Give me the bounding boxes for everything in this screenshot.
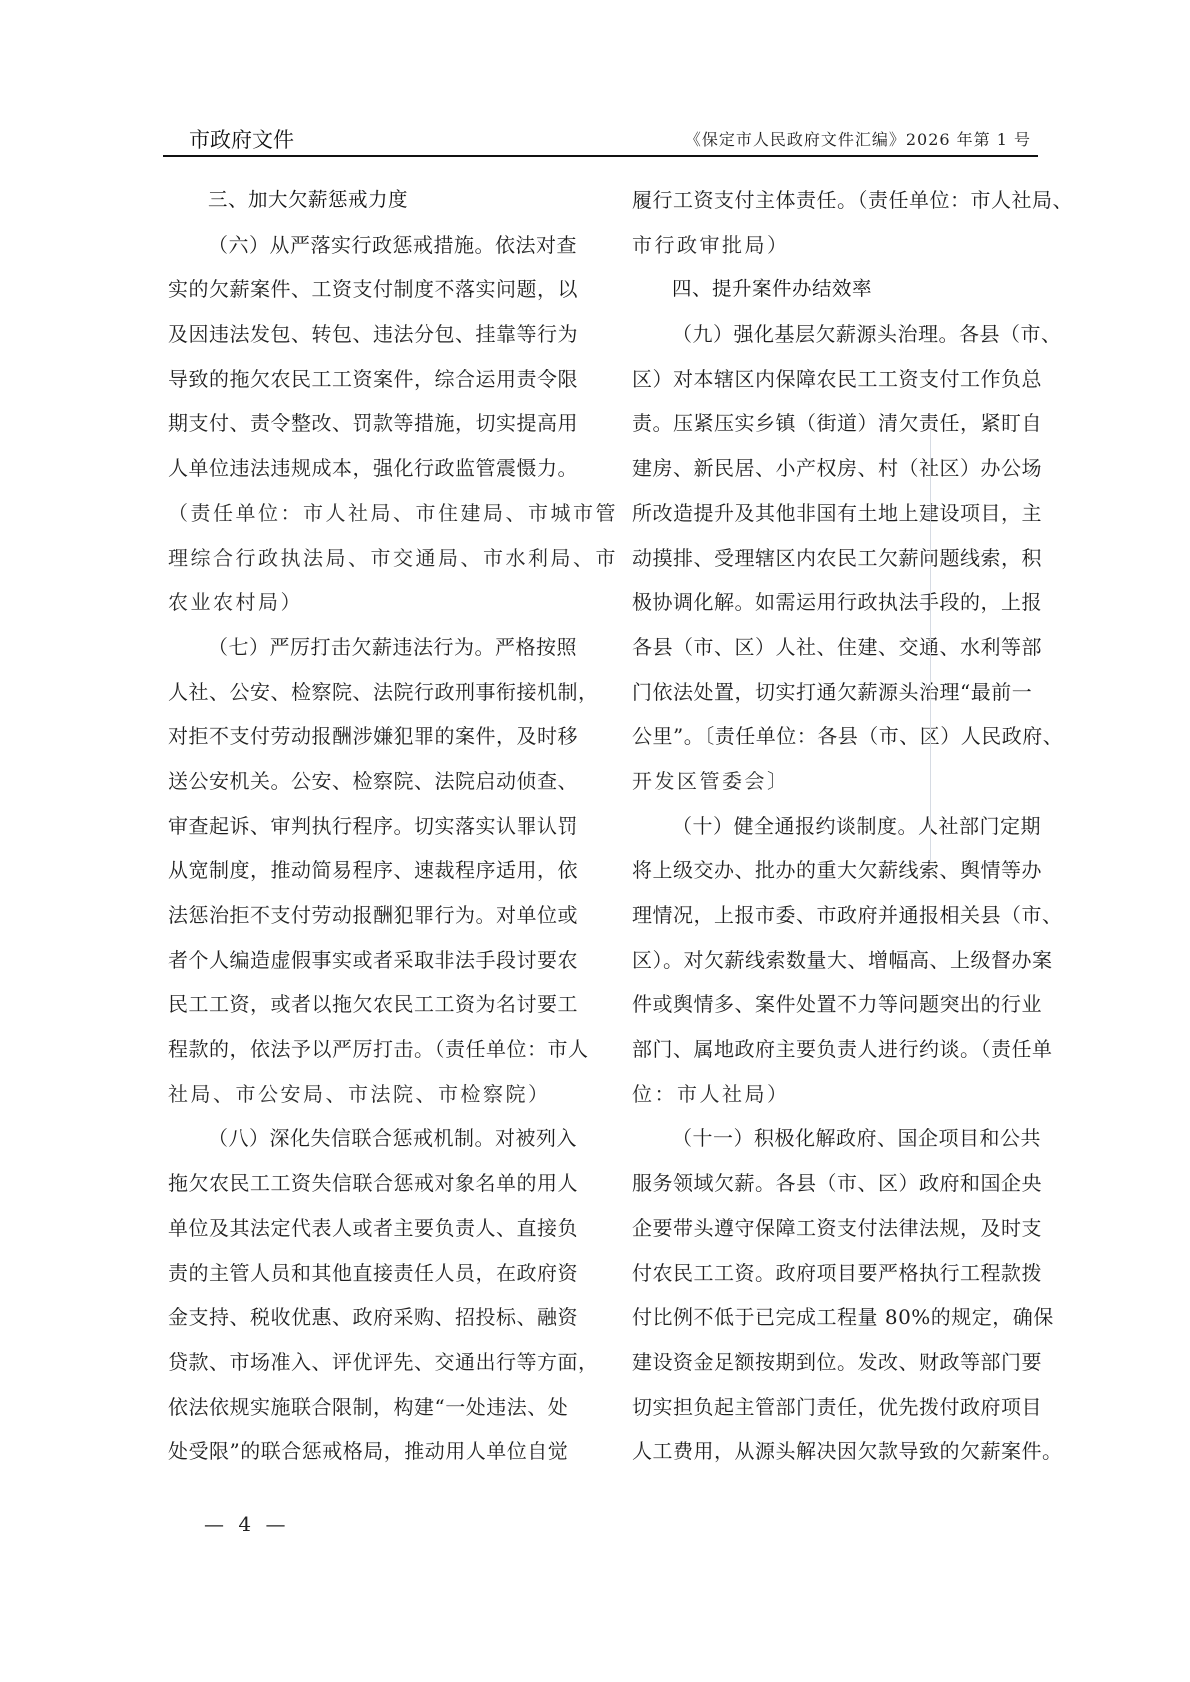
text-line: 区）对本辖区内保障农民工工资支付工作负总 [632, 357, 1047, 402]
header-section-title: 市政府文件 [189, 124, 294, 154]
text-line: 人工费用，从源头解决因欠款导致的欠薪案件。 [632, 1429, 1047, 1474]
text-line: 期支付、责令整改、罚款等措施，切实提高用 [168, 401, 583, 446]
page-number: — 4 — [204, 1512, 289, 1536]
text-line: 程款的，依法予以严厉打击。（责任单位：市人 [168, 1027, 583, 1072]
text-line: 依法依规实施联合限制，构建“一处违法、处 [168, 1385, 583, 1430]
text-line: 拖欠农民工工资失信联合惩戒对象名单的用人 [168, 1161, 583, 1206]
text-line: 极协调化解。如需运用行政执法手段的，上报 [632, 580, 1047, 625]
text-line: 服务领域欠薪。各县（市、区）政府和国企央 [632, 1161, 1047, 1206]
text-line: 付农民工工资。政府项目要严格执行工程款拨 [632, 1251, 1047, 1296]
text-line: 门依法处置，切实打通欠薪源头治理“最前一 [632, 670, 1047, 715]
text-line: （七）严厉打击欠薪违法行为。严格按照 [168, 625, 583, 670]
text-line: 所改造提升及其他非国有土地上建设项目，主 [632, 491, 1047, 536]
scan-artifact-line [930, 430, 931, 860]
text-line: 切实担负起主管部门责任，优先拨付政府项目 [632, 1385, 1047, 1430]
text-line: 法惩治拒不支付劳动报酬犯罪行为。对单位或 [168, 893, 583, 938]
text-line: 公里”。〔责任单位：各县（市、区）人民政府、 [632, 714, 1047, 759]
text-line: 责的主管人员和其他直接责任人员，在政府资 [168, 1251, 583, 1296]
text-line: 区）。对欠薪线索数量大、增幅高、上级督办案 [632, 938, 1047, 983]
text-line: 审查起诉、审判执行程序。切实落实认罪认罚 [168, 804, 583, 849]
text-line: 建房、新民居、小产权房、村（社区）办公场 [632, 446, 1047, 491]
text-line: 及因违法发包、转包、违法分包、挂靠等行为 [168, 312, 583, 357]
text-line: 农业农村局） [168, 580, 583, 625]
page-header: 市政府文件 《保定市人民政府文件汇编》2026 年第 1 号 [163, 122, 1031, 154]
text-line: 社局、市公安局、市法院、市检察院） [168, 1072, 583, 1117]
text-line: 人社、公安、检察院、法院行政刑事衔接机制， [168, 670, 583, 715]
text-line: （八）深化失信联合惩戒机制。对被列入 [168, 1116, 583, 1161]
text-line: 者个人编造虚假事实或者采取非法手段讨要农 [168, 938, 583, 983]
text-line: 付比例不低于已完成工程量 80%的规定，确保 [632, 1295, 1047, 1340]
text-line: 单位及其法定代表人或者主要负责人、直接负 [168, 1206, 583, 1251]
text-line: （九）强化基层欠薪源头治理。各县（市、 [632, 312, 1047, 357]
text-line: 民工工资，或者以拖欠农民工工资为名讨要工 [168, 982, 583, 1027]
text-line: 位：市人社局） [632, 1072, 1047, 1117]
text-line: 各县（市、区）人社、住建、交通、水利等部 [632, 625, 1047, 670]
text-line: （十）健全通报约谈制度。人社部门定期 [632, 804, 1047, 849]
header-divider [163, 155, 1038, 157]
text-line: （十一）积极化解政府、国企项目和公共 [632, 1116, 1047, 1161]
text-line: 建设资金足额按期到位。发改、财政等部门要 [632, 1340, 1047, 1385]
text-line: 理综合行政执法局、市交通局、市水利局、市 [168, 536, 583, 581]
text-line: 责。压紧压实乡镇（街道）清欠责任，紧盯自 [632, 401, 1047, 446]
text-line: （责任单位：市人社局、市住建局、市城市管 [168, 491, 583, 536]
text-line: 将上级交办、批办的重大欠薪线索、舆情等办 [632, 848, 1047, 893]
header-publication-title: 《保定市人民政府文件汇编》2026 年第 1 号 [685, 127, 1031, 150]
text-line: （六）从严落实行政惩戒措施。依法对查 [168, 223, 583, 268]
text-line: 人单位违法违规成本，强化行政监管震慑力。 [168, 446, 583, 491]
text-line: 部门、属地政府主要负责人进行约谈。（责任单 [632, 1027, 1047, 1072]
left-text-column: 三、加大欠薪惩戒力度（六）从严落实行政惩戒措施。依法对查实的欠薪案件、工资支付制… [168, 178, 583, 1474]
text-line: 送公安机关。公安、检察院、法院启动侦查、 [168, 759, 583, 804]
right-text-column: 履行工资支付主体责任。（责任单位：市人社局、市行政审批局）四、提升案件办结效率（… [632, 178, 1047, 1474]
text-line: 履行工资支付主体责任。（责任单位：市人社局、 [632, 178, 1047, 223]
section-heading: 四、提升案件办结效率 [632, 267, 1047, 312]
text-line: 导致的拖欠农民工工资案件，综合运用责令限 [168, 357, 583, 402]
text-line: 贷款、市场准入、评优评先、交通出行等方面， [168, 1340, 583, 1385]
text-line: 开发区管委会〕 [632, 759, 1047, 804]
text-line: 件或舆情多、案件处置不力等问题突出的行业 [632, 982, 1047, 1027]
text-line: 理情况，上报市委、市政府并通报相关县（市、 [632, 893, 1047, 938]
text-line: 金支持、税收优惠、政府采购、招投标、融资 [168, 1295, 583, 1340]
text-line: 企要带头遵守保障工资支付法律法规，及时支 [632, 1206, 1047, 1251]
section-heading: 三、加大欠薪惩戒力度 [168, 178, 583, 223]
text-line: 实的欠薪案件、工资支付制度不落实问题，以 [168, 267, 583, 312]
text-line: 处受限”的联合惩戒格局，推动用人单位自觉 [168, 1429, 583, 1474]
text-line: 动摸排、受理辖区内农民工欠薪问题线索，积 [632, 536, 1047, 581]
text-line: 对拒不支付劳动报酬涉嫌犯罪的案件，及时移 [168, 714, 583, 759]
text-line: 市行政审批局） [632, 223, 1047, 268]
text-line: 从宽制度，推动简易程序、速裁程序适用，依 [168, 848, 583, 893]
